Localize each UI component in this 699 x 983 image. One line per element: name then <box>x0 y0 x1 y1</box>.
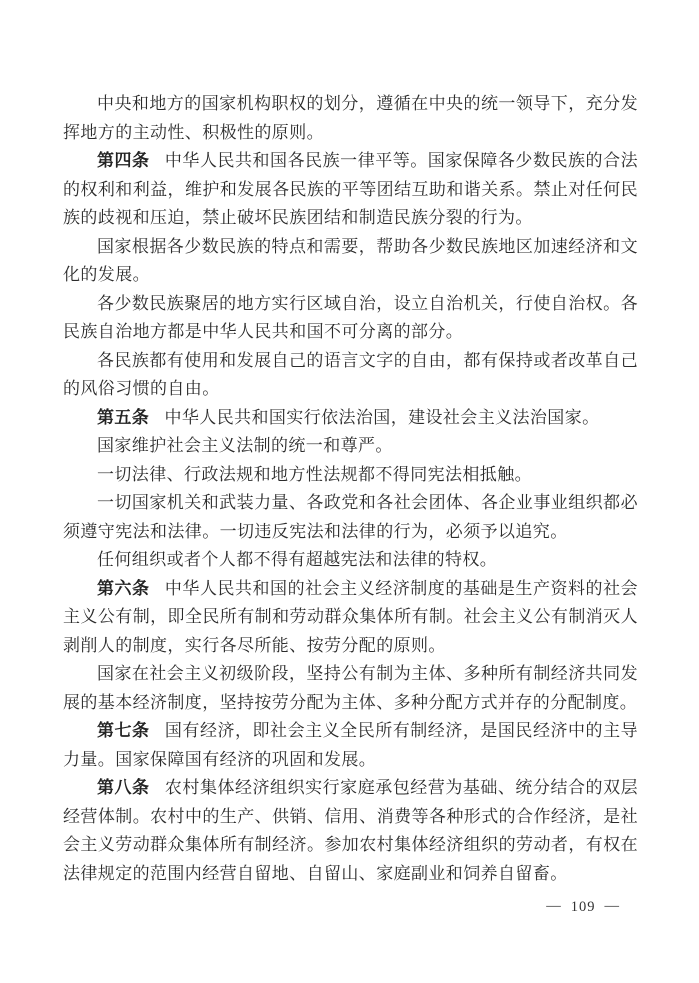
paragraph-text: 一切法律、行政法规和地方性法规都不得同宪法相抵触。 <box>97 465 532 484</box>
paragraph: 国家根据各少数民族的特点和需要，帮助各少数民族地区加速经济和文化的发展。 <box>63 233 638 290</box>
paragraph-text: 各民族都有使用和发展自己的语言文字的自由，都有保持或者改革自己的风俗习惯的自由。 <box>63 351 638 399</box>
paragraph: 各少数民族聚居的地方实行区域自治，设立自治机关，行使自治权。各民族自治地方都是中… <box>63 290 638 347</box>
paragraph: 第五条中华人民共和国实行依法治国，建设社会主义法治国家。 <box>63 404 638 433</box>
paragraph: 各民族都有使用和发展自己的语言文字的自由，都有保持或者改革自己的风俗习惯的自由。 <box>63 347 638 404</box>
footer-left-dash: — <box>546 898 562 915</box>
paragraph: 一切法律、行政法规和地方性法规都不得同宪法相抵触。 <box>63 461 638 490</box>
article-number: 第六条 <box>97 579 150 598</box>
paragraph-text: 国家根据各少数民族的特点和需要，帮助各少数民族地区加速经济和文化的发展。 <box>63 237 638 285</box>
paragraph-text: 国家维护社会主义法制的统一和尊严。 <box>97 436 393 455</box>
paragraph: 第七条国有经济，即社会主义全民所有制经济，是国民经济中的主导力量。国家保障国有经… <box>63 717 638 774</box>
paragraph: 中央和地方的国家机构职权的划分，遵循在中央的统一领导下，充分发挥地方的主动性、积… <box>63 90 638 147</box>
paragraph: 第六条中华人民共和国的社会主义经济制度的基础是生产资料的社会主义公有制，即全民所… <box>63 575 638 661</box>
paragraph-text: 任何组织或者个人都不得有超越宪法和法律的特权。 <box>97 550 497 569</box>
paragraph: 一切国家机关和武装力量、各政党和各社会团体、各企业事业组织都必须遵守宪法和法律。… <box>63 489 638 546</box>
document-page: 中央和地方的国家机构职权的划分，遵循在中央的统一领导下，充分发挥地方的主动性、积… <box>0 0 699 983</box>
paragraph-text: 中华人民共和国实行依法治国，建设社会主义法治国家。 <box>165 408 600 427</box>
article-number: 第四条 <box>97 151 150 170</box>
article-number: 第八条 <box>97 778 150 797</box>
page-number: 109 <box>571 899 596 915</box>
paragraph-text: 一切国家机关和武装力量、各政党和各社会团体、各企业事业组织都必须遵守宪法和法律。… <box>63 493 638 541</box>
paragraph-text: 各少数民族聚居的地方实行区域自治，设立自治机关，行使自治权。各民族自治地方都是中… <box>63 294 638 342</box>
page-number-footer: —109— <box>546 899 620 916</box>
paragraph-text: 国家在社会主义初级阶段，坚持公有制为主体、多种所有制经济共同发展的基本经济制度，… <box>63 664 638 712</box>
paragraph: 国家维护社会主义法制的统一和尊严。 <box>63 432 638 461</box>
paragraph: 国家在社会主义初级阶段，坚持公有制为主体、多种所有制经济共同发展的基本经济制度，… <box>63 660 638 717</box>
constitution-text-body: 中央和地方的国家机构职权的划分，遵循在中央的统一领导下，充分发挥地方的主动性、积… <box>63 90 638 888</box>
footer-right-dash: — <box>605 898 621 915</box>
paragraph: 第八条农村集体经济组织实行家庭承包经营为基础、统分结合的双层经营体制。农村中的生… <box>63 774 638 888</box>
article-number: 第五条 <box>97 408 149 427</box>
paragraph: 第四条中华人民共和国各民族一律平等。国家保障各少数民族的合法的权利和利益，维护和… <box>63 147 638 233</box>
article-number: 第七条 <box>97 721 150 740</box>
paragraph: 任何组织或者个人都不得有超越宪法和法律的特权。 <box>63 546 638 575</box>
paragraph-text: 中央和地方的国家机构职权的划分，遵循在中央的统一领导下，充分发挥地方的主动性、积… <box>63 94 638 142</box>
